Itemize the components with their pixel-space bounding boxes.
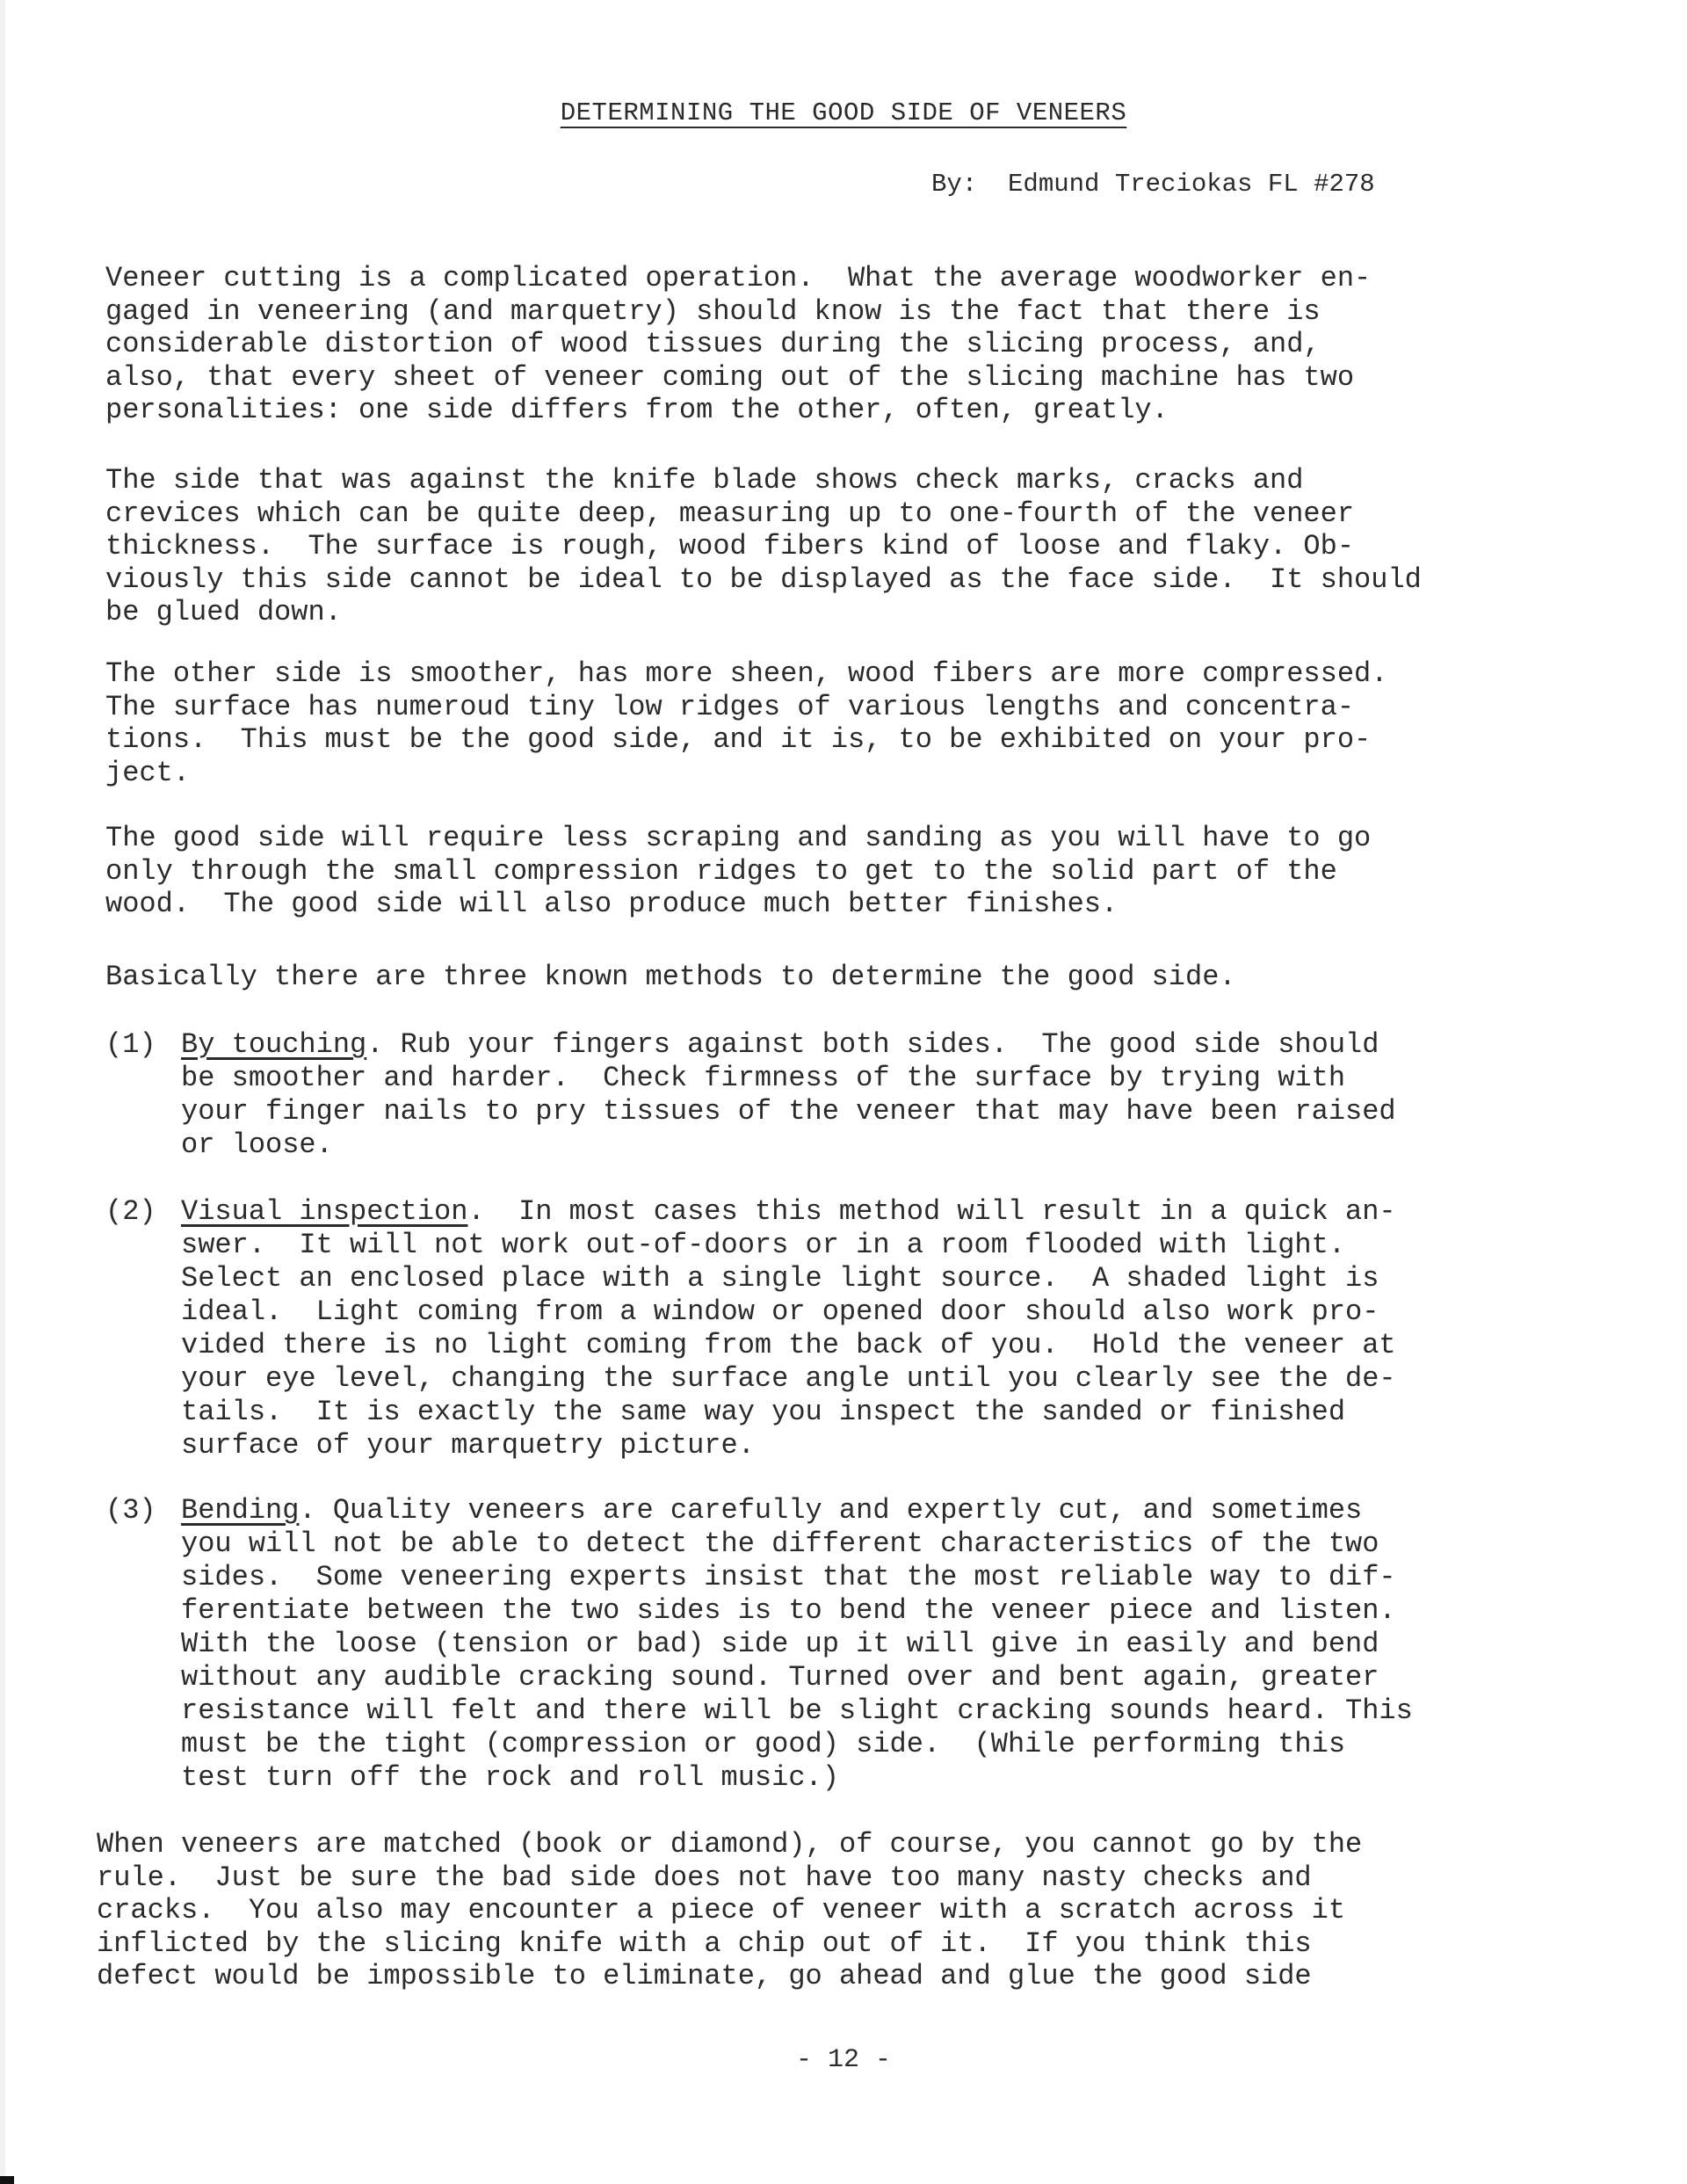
paragraph-closing: When veneers are matched (book or diamon…: [97, 1828, 1625, 1993]
method-heading: By touching: [181, 1028, 366, 1061]
title-text: DETERMINING THE GOOD SIDE OF VENEERS: [561, 98, 1127, 127]
scan-corner-mark: [0, 2176, 14, 2184]
method-text: . Quality veneers are carefully and expe…: [181, 1494, 1413, 1794]
method-number: (2): [105, 1195, 156, 1229]
byline: By: Edmund Treciokas FL #278: [931, 170, 1375, 199]
method-text: . In most cases this method will result …: [181, 1195, 1396, 1462]
paragraph-good-side: The good side will require less scraping…: [105, 822, 1634, 921]
paragraph-methods-intro: Basically there are three known methods …: [105, 961, 1634, 994]
paragraph-knife-side: The side that was against the knife blad…: [105, 464, 1634, 629]
method-number: (1): [105, 1028, 156, 1062]
scan-page-edge: [0, 0, 5, 2184]
method-number: (3): [105, 1494, 156, 1527]
paragraph-intro: Veneer cutting is a complicated operatio…: [105, 262, 1634, 427]
method-heading: Bending: [181, 1494, 299, 1527]
document-title: DETERMINING THE GOOD SIDE OF VENEERS: [0, 98, 1687, 127]
page-number: - 12 -: [0, 2045, 1687, 2075]
paragraph-other-side: The other side is smoother, has more she…: [105, 657, 1634, 789]
method-heading: Visual inspection: [181, 1195, 467, 1228]
